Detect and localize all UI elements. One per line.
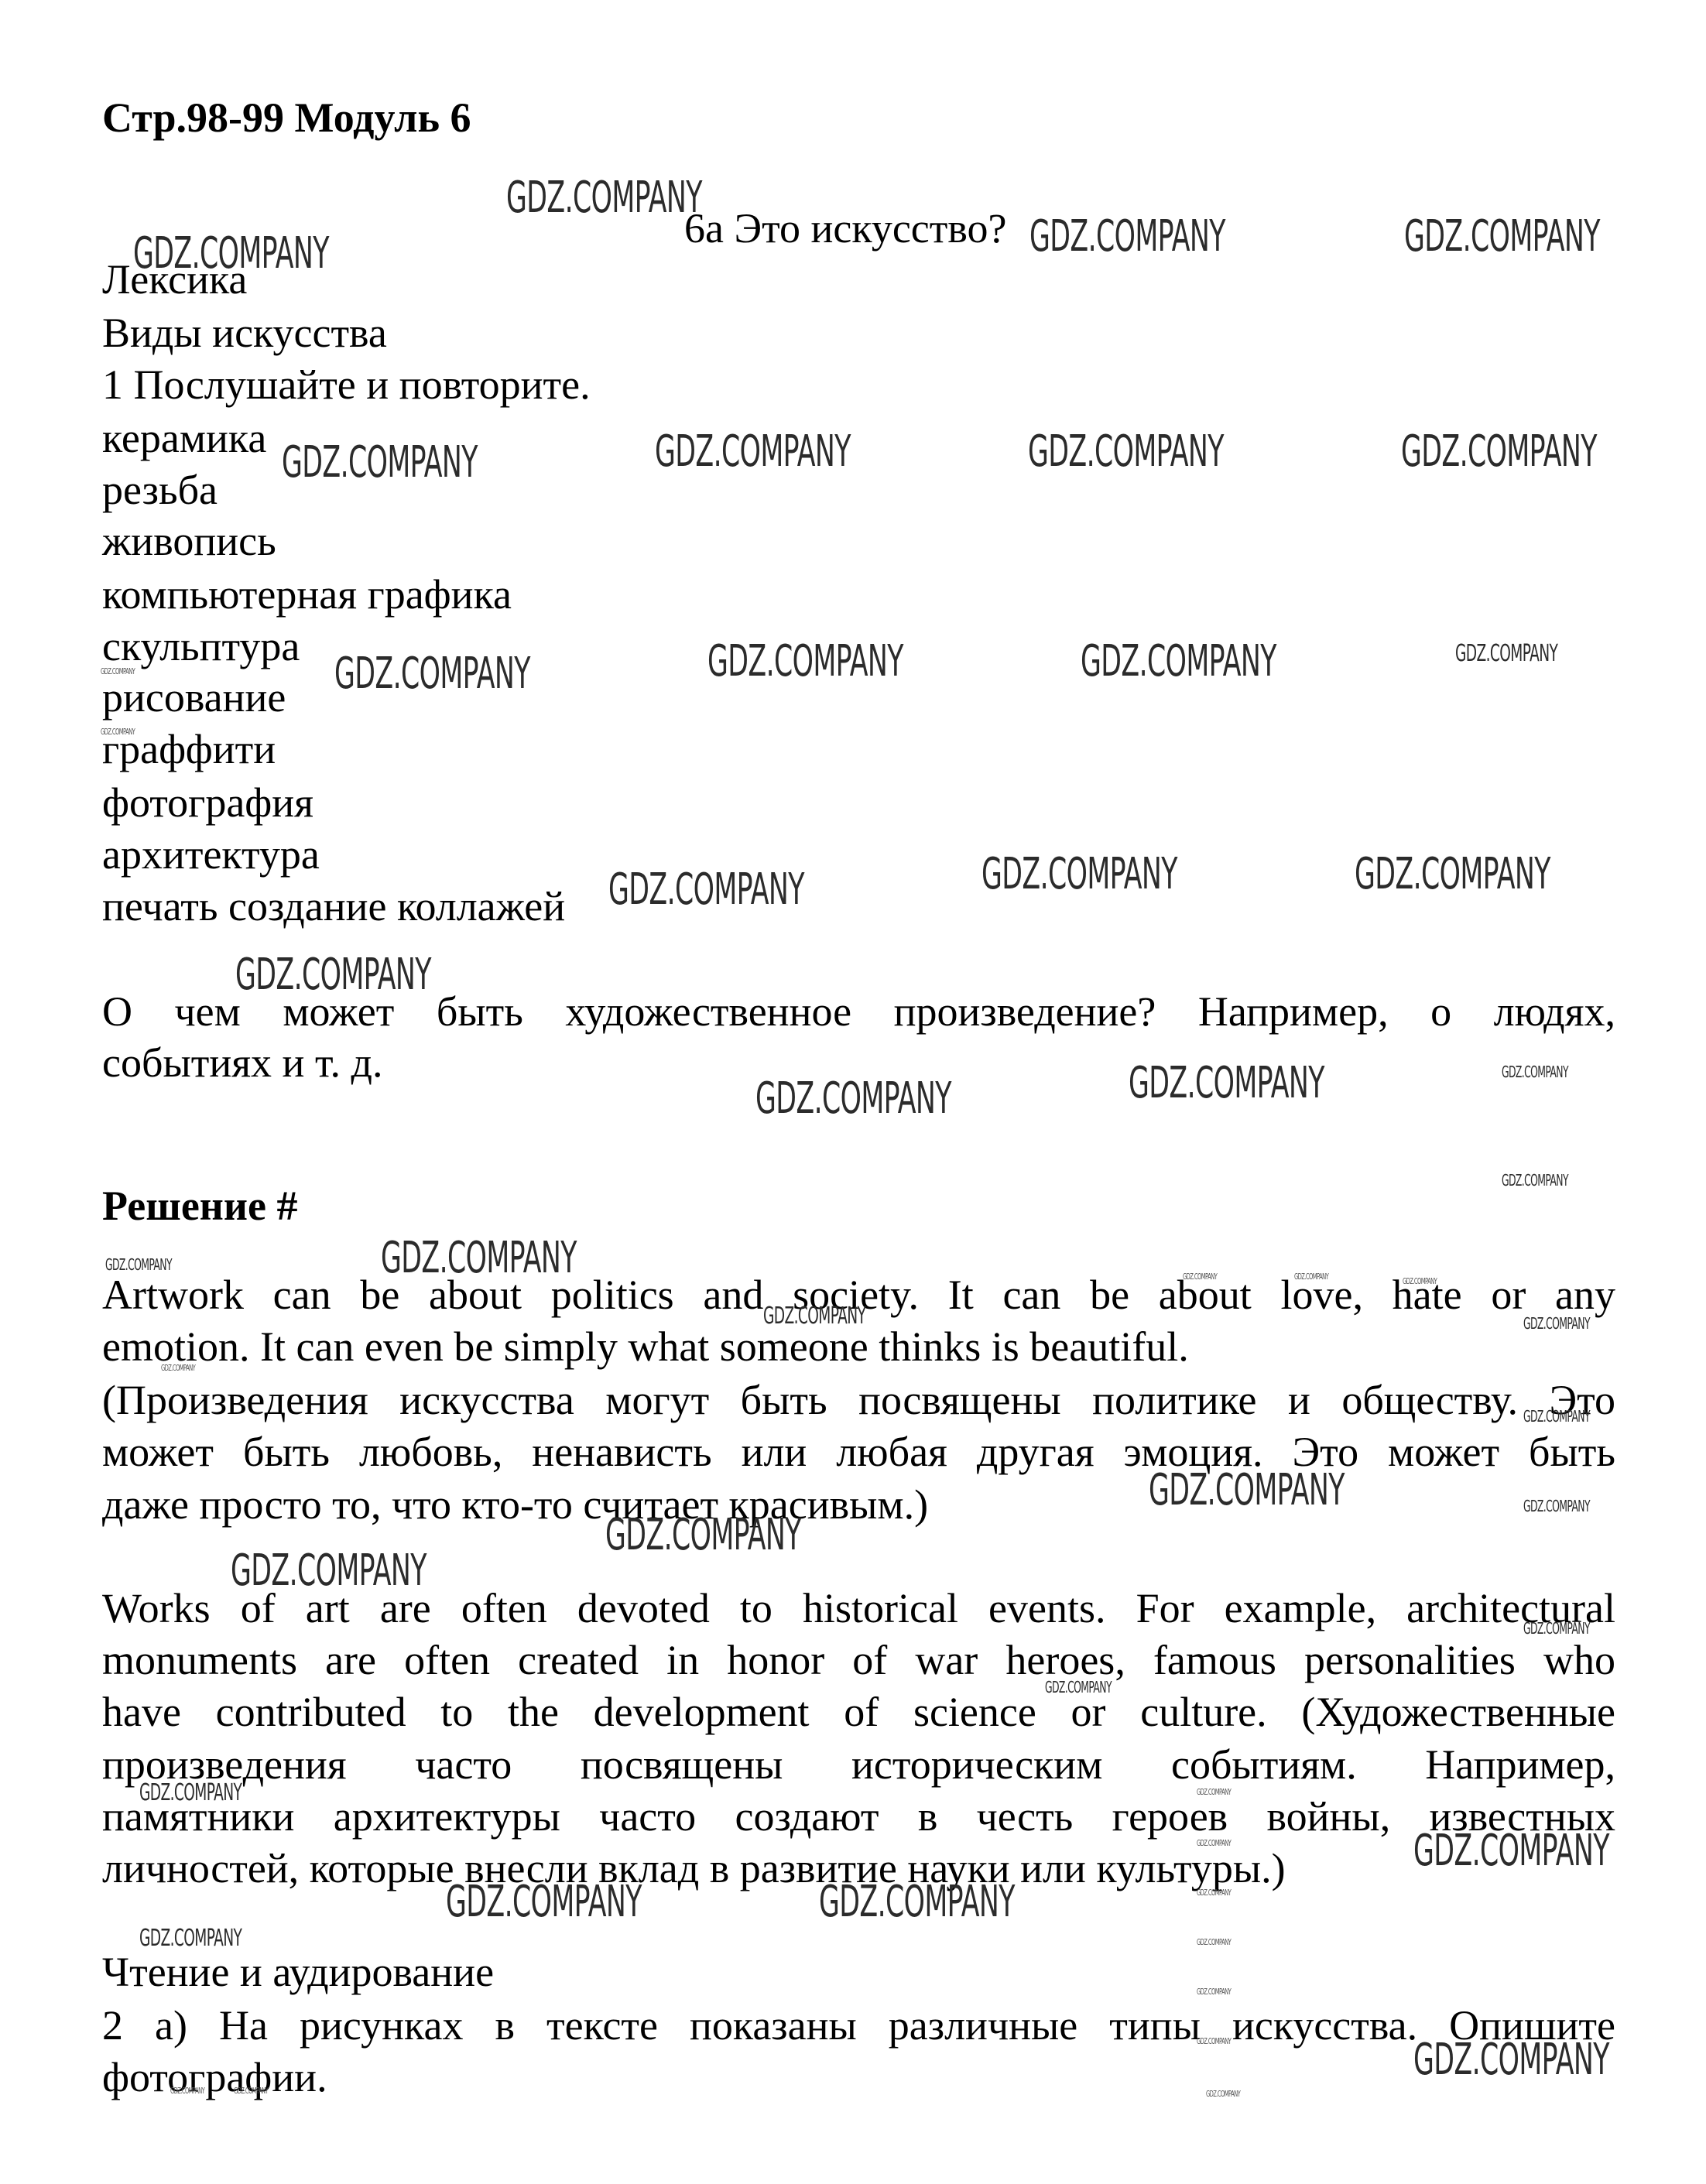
- answer-line: памятники архитектуры часто создают в че…: [102, 1792, 1615, 1841]
- watermark: GDZ.COMPANY: [1523, 1409, 1590, 1424]
- vocab-item: резьба: [102, 465, 218, 515]
- watermark: GDZ.COMPANY: [446, 1881, 642, 1924]
- reading-task-line: фотографии.: [102, 2052, 327, 2102]
- watermark: GDZ.COMPANY: [1028, 430, 1224, 474]
- watermark: GDZ.COMPANY: [608, 868, 804, 912]
- question-text: событиях и т. д.: [102, 1038, 382, 1087]
- watermark: GDZ.COMPANY: [1404, 215, 1600, 258]
- watermark: GDZ.COMPANY: [1197, 1987, 1231, 1996]
- watermark: GDZ.COMPANY: [105, 1257, 172, 1272]
- watermark: GDZ.COMPANY: [1355, 853, 1550, 896]
- lesson-title: 6а Это искусство?: [684, 204, 1006, 253]
- answer-line: личностей, которые внесли вклад в развит…: [102, 1843, 1286, 1893]
- watermark: GDZ.COMPANY: [1197, 1938, 1231, 1946]
- answer-line: monuments are often created in honor of …: [102, 1635, 1615, 1685]
- watermark: GDZ.COMPANY: [1523, 1316, 1590, 1331]
- watermark: GDZ.COMPANY: [763, 1305, 865, 1328]
- watermark: GDZ.COMPANY: [1197, 2037, 1231, 2045]
- document-page: Стр.98-99 Модуль 6 6а Это искусство? Лек…: [0, 0, 1706, 2184]
- watermark: GDZ.COMPANY: [170, 2086, 204, 2095]
- answer-line: произведения часто посвящены исторически…: [102, 1740, 1615, 1789]
- watermark: GDZ.COMPANY: [1413, 1830, 1609, 1873]
- watermark: GDZ.COMPANY: [1455, 642, 1557, 666]
- task-instruction: 1 Послушайте и повторите.: [102, 360, 591, 409]
- solution-heading: Решение #: [102, 1181, 298, 1231]
- watermark: GDZ.COMPANY: [139, 1927, 242, 1950]
- vocab-item: скульптура: [102, 621, 300, 671]
- watermark: GDZ.COMPANY: [101, 667, 135, 676]
- vocab-item: живопись: [102, 516, 276, 566]
- watermark: GDZ.COMPANY: [707, 640, 903, 683]
- watermark: GDZ.COMPANY: [1149, 1469, 1345, 1512]
- watermark: GDZ.COMPANY: [819, 1881, 1015, 1924]
- answer-translation-line: даже просто то, что кто-то считает краси…: [102, 1480, 928, 1529]
- watermark: GDZ.COMPANY: [655, 430, 851, 474]
- watermark: GDZ.COMPANY: [161, 1364, 195, 1372]
- watermark: GDZ.COMPANY: [1523, 1498, 1590, 1514]
- vocab-item: фотография: [102, 778, 313, 827]
- vocab-item: архитектура: [102, 830, 320, 879]
- watermark: GDZ.COMPANY: [282, 441, 478, 484]
- watermark: GDZ.COMPANY: [139, 1782, 242, 1805]
- watermark: GDZ.COMPANY: [234, 2086, 268, 2095]
- watermark: GDZ.COMPANY: [231, 1549, 426, 1593]
- watermark: GDZ.COMPANY: [1081, 640, 1276, 683]
- watermark: GDZ.COMPANY: [1523, 1621, 1590, 1636]
- watermark: GDZ.COMPANY: [381, 1237, 577, 1280]
- vocab-item: керамика: [102, 413, 266, 463]
- watermark: GDZ.COMPANY: [101, 727, 135, 736]
- topic-heading: Виды искусства: [102, 308, 387, 358]
- watermark: GDZ.COMPANY: [1183, 1272, 1217, 1281]
- watermark: GDZ.COMPANY: [334, 652, 530, 696]
- watermark: GDZ.COMPANY: [506, 176, 702, 220]
- answer-line: have contributed to the development of s…: [102, 1687, 1615, 1737]
- watermark: GDZ.COMPANY: [1129, 1062, 1324, 1105]
- watermark: GDZ.COMPANY: [1401, 430, 1597, 474]
- watermark: GDZ.COMPANY: [1502, 1064, 1568, 1080]
- watermark: GDZ.COMPANY: [981, 853, 1177, 896]
- answer-translation-line: (Произведения искусства могут быть посвя…: [102, 1375, 1615, 1425]
- page-title: Стр.98-99 Модуль 6: [102, 93, 471, 142]
- watermark: GDZ.COMPANY: [1206, 2090, 1240, 2098]
- reading-task-line: 2 а) На рисунках в тексте показаны разли…: [102, 2001, 1615, 2050]
- watermark: GDZ.COMPANY: [1197, 1888, 1231, 1897]
- watermark: GDZ.COMPANY: [133, 232, 329, 276]
- watermark: GDZ.COMPANY: [755, 1077, 951, 1121]
- watermark: GDZ.COMPANY: [1197, 1839, 1231, 1847]
- watermark: GDZ.COMPANY: [1197, 1788, 1231, 1796]
- answer-line: emotion. It can even be simply what some…: [102, 1322, 1189, 1371]
- watermark: GDZ.COMPANY: [1502, 1172, 1568, 1188]
- watermark: GDZ.COMPANY: [1294, 1272, 1328, 1281]
- watermark: GDZ.COMPANY: [1045, 1679, 1112, 1695]
- watermark: GDZ.COMPANY: [605, 1514, 801, 1557]
- vocab-item: компьютерная графика: [102, 570, 512, 619]
- vocab-item: рисование: [102, 673, 286, 722]
- watermark: GDZ.COMPANY: [235, 953, 431, 997]
- answer-translation-line: может быть любовь, ненависть или любая д…: [102, 1427, 1615, 1477]
- watermark: GDZ.COMPANY: [1029, 215, 1225, 258]
- section-heading-reading: Чтение и аудирование: [102, 1947, 494, 1997]
- watermark: GDZ.COMPANY: [1413, 2039, 1609, 2082]
- vocab-item: печать создание коллажей: [102, 881, 565, 931]
- watermark: GDZ.COMPANY: [1403, 1277, 1437, 1285]
